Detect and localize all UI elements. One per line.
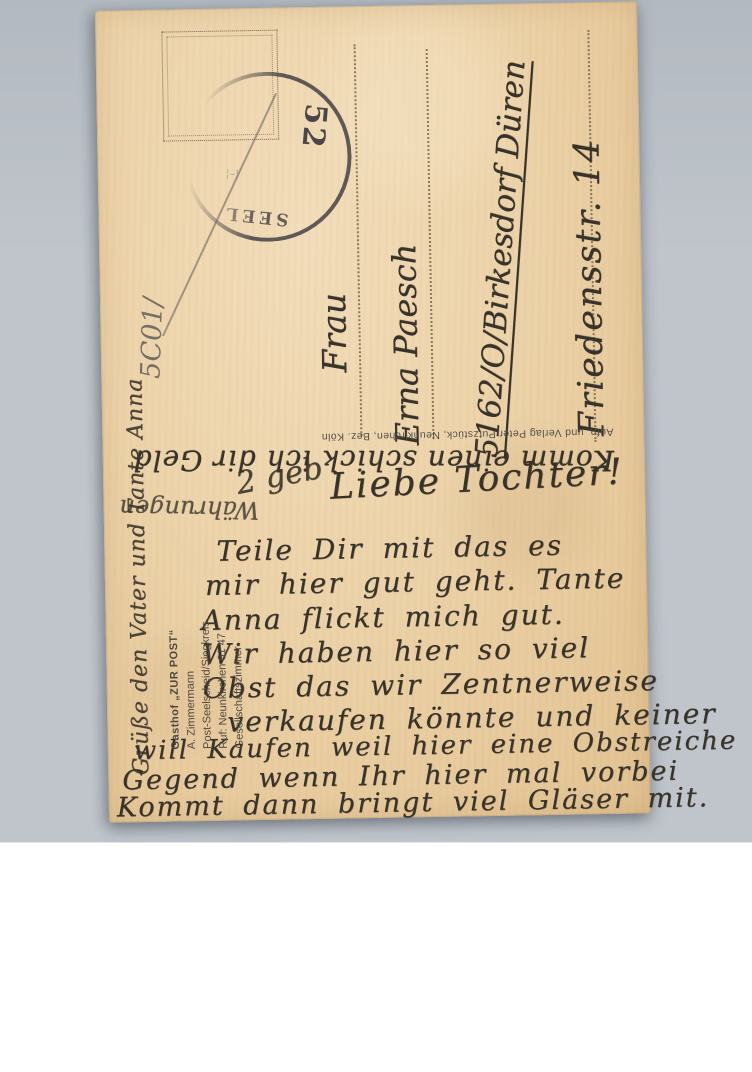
postcard-scan: 52 SEEL ¦–¦ 5C01/ Frau Erna Paesch 5162/… [0,0,752,1072]
message-line: Anna flickt mich gut. [201,598,565,637]
publisher-imprint-reversed: Aufn. und Verlag Peter Putzstück, Neunki… [240,424,694,444]
address-dotted-rule [354,44,363,436]
address-town: 5162/O/Birkesdorf Düren [469,59,533,459]
white-margin [0,842,752,1072]
hotel-imprint: Gasthof „ZUR POST“ A. Zimmermann Post-Se… [164,528,252,749]
postcard-back: 52 SEEL ¦–¦ 5C01/ Frau Erna Paesch 5162/… [95,1,651,822]
address-dotted-rule [426,49,435,439]
address-street: Friedensstr. 14 [567,138,612,437]
address-recipient-name: Erna Paesch [385,244,427,446]
message-line: Wir haben hier so viel [202,631,590,671]
dealer-pencil-code: 5C01/ [135,297,169,379]
message-line: mir hier gut geht. Tante [205,562,626,602]
hotel-imprint-rooms: Gesellschaftszimmer [228,528,248,748]
postmark: 52 SEEL ¦–¦ [182,70,353,243]
postmark-code: 52 [295,102,334,151]
message-line: Teile Dir mit das es [216,529,563,568]
postmark-town: SEEL [222,203,290,230]
address-salutation: Frau [314,293,354,373]
